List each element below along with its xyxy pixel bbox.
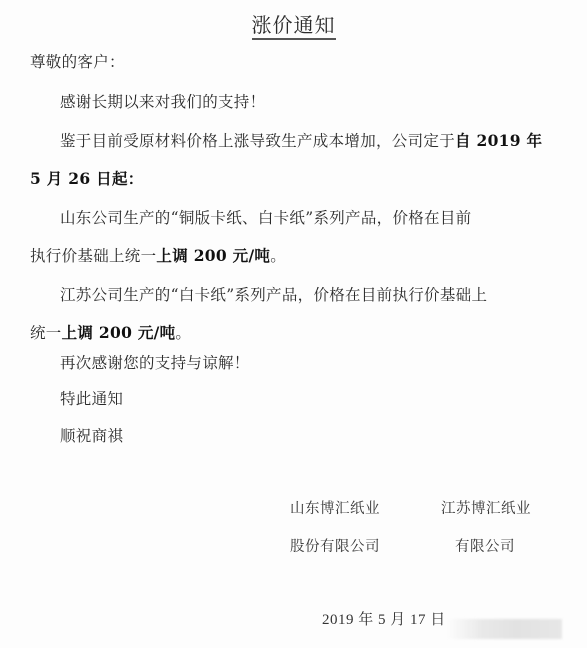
signature-jiangsu-line-1: 江苏博汇纸业 — [441, 499, 531, 519]
paragraph-3-line-1: 江苏公司生产的“白卡纸”系列产品，价格在目前执行价基础上 — [60, 285, 487, 305]
paragraph-1-line-1: 鉴于目前受原材料价格上涨导致生产成本增加，公司定于自 2019 年 — [60, 131, 542, 151]
notice-line: 特此通知 — [60, 389, 123, 409]
price-increase-shandong: 上调 200 元/吨 — [156, 246, 270, 265]
effective-date-start: 自 2019 年 — [455, 131, 542, 150]
paragraph-1-line-2: 5 月 26 日起： — [30, 169, 144, 189]
salutation: 尊敬的客户： — [30, 52, 125, 72]
notice-page: 涨价通知 尊敬的客户： 感谢长期以来对我们的支持！ 鉴于目前受原材料价格上涨导致… — [0, 0, 587, 648]
signature-jiangsu-line-2: 有限公司 — [455, 537, 515, 557]
price-increase-jiangsu: 上调 200 元/吨 — [62, 323, 176, 342]
regards-line: 顺祝商祺 — [60, 426, 123, 446]
closing-thanks: 再次感谢您的支持与谅解！ — [60, 353, 250, 373]
thanks-paragraph: 感谢长期以来对我们的支持！ — [60, 92, 265, 112]
signature-shandong-line-2: 股份有限公司 — [290, 537, 380, 557]
paragraph-3-line-2: 统一上调 200 元/吨。 — [30, 323, 191, 343]
document-title: 涨价通知 — [0, 12, 587, 38]
signature-shandong-line-1: 山东博汇纸业 — [290, 499, 380, 519]
paragraph-2-line-2: 执行价基础上统一上调 200 元/吨。 — [30, 246, 286, 266]
document-date: 2019 年 5 月 17 日 — [322, 610, 446, 630]
paragraph-2-line-1: 山东公司生产的“铜版卡纸、白卡纸”系列产品，价格在目前 — [60, 208, 471, 228]
paragraph-1-text: 鉴于目前受原材料价格上涨导致生产成本增加，公司定于 — [60, 132, 455, 150]
blurred-watermark — [447, 619, 562, 639]
effective-date-end: 5 月 26 日起： — [30, 169, 144, 188]
